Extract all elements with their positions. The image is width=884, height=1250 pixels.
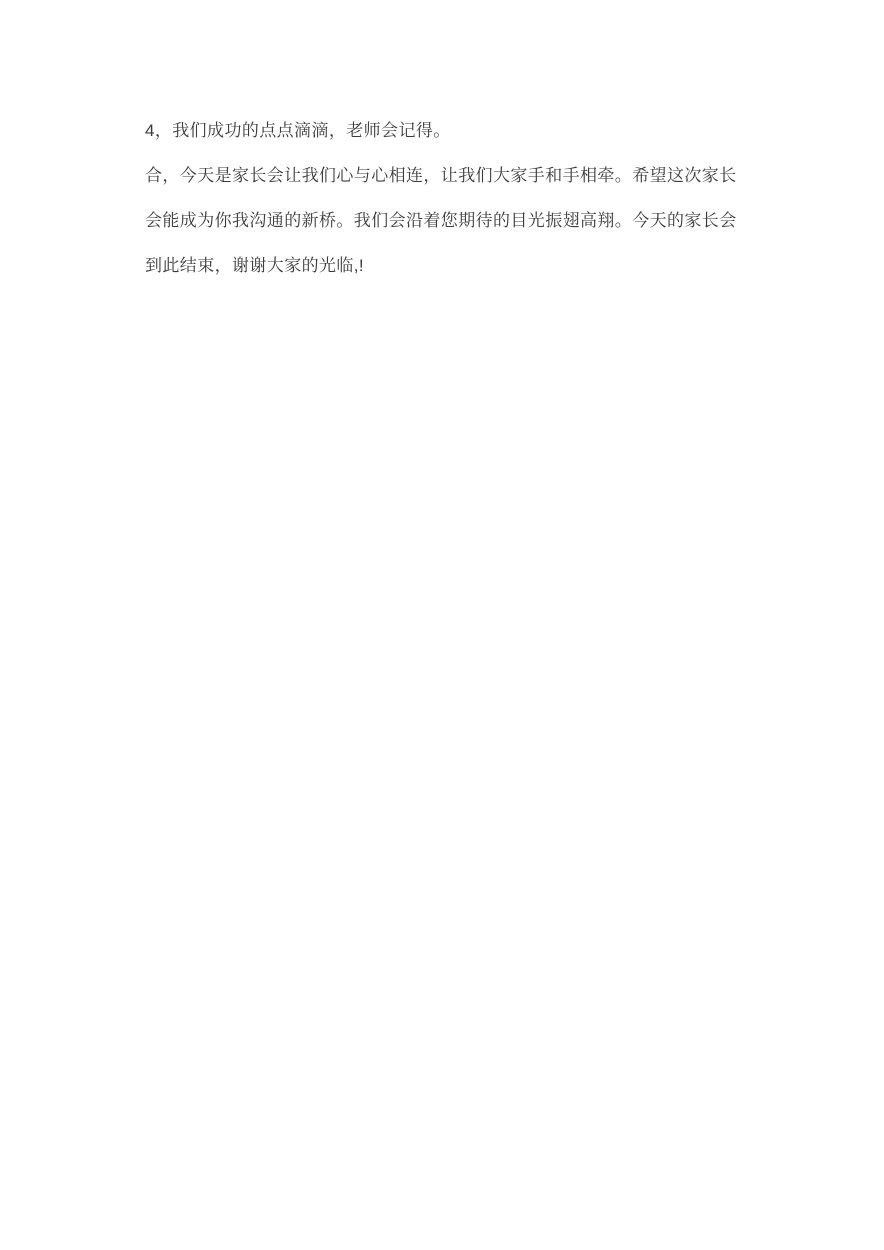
paragraph-line-4: 到此结束，谢谢大家的光临,! (145, 243, 765, 288)
document-text-block: 4，我们成功的点点滴滴，老师会记得。 合，今天是家长会让我们心与心相连，让我们大… (145, 108, 765, 288)
paragraph-line-2: 合，今天是家长会让我们心与心相连，让我们大家手和手相牵。希望这次家长 (145, 153, 765, 198)
paragraph-line-3: 会能成为你我沟通的新桥。我们会沿着您期待的目光振翅高翔。今天的家长会 (145, 198, 765, 243)
document-page: 4，我们成功的点点滴滴，老师会记得。 合，今天是家长会让我们心与心相连，让我们大… (0, 0, 884, 1250)
paragraph-line-1: 4，我们成功的点点滴滴，老师会记得。 (145, 108, 765, 153)
